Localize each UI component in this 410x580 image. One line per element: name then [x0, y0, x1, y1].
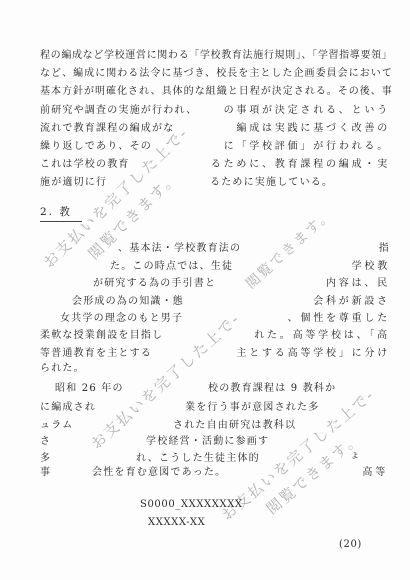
para2-line5-left: 女共学の理念のもと男子 [60, 313, 183, 325]
para1-line5-right: 編成は実践に基づく改善の [236, 123, 390, 135]
para3-line2-left: に編成され [40, 402, 96, 414]
para3-line6-mid: 会性を育む意図であった。 [92, 467, 226, 479]
para3-line5-fragment: ょ [350, 450, 361, 462]
para2-line2-left: た。この時点では、生徒 [110, 261, 233, 273]
watermark-line1: お支払いを完了した上で- [29, 113, 205, 284]
para2-line3-right: 内容は、民 [326, 278, 390, 290]
para3-line2-right: 業を行う事が意図された多 [185, 402, 319, 414]
document-page: お支払いを完了した上で- 閲覧できます。 閲覧できます。 お支払いを完了した上で… [0, 0, 410, 580]
para3-line6-left: 事 [40, 467, 51, 479]
para1-line4-right: の事項が決定される、という [224, 105, 390, 117]
para3-line5-left: 多 [40, 453, 51, 465]
para1-line6-right: に「学校評価」が行われる。 [224, 141, 390, 153]
para2-line7-right: 主とする高等学校」に分け [236, 348, 390, 360]
para3-line4-left: さ [40, 436, 51, 448]
para3-line5-mid: れ、こうした生徒主体的 [136, 453, 260, 465]
para1-line5-left: 流れで教育課程の編成がな [40, 123, 174, 135]
section-heading: 2. 教 [40, 204, 82, 222]
para2-line3-left: が研究する為の手引書と [93, 278, 216, 290]
para1-line4-left: 前研究や調査の実施が行われ、 [40, 105, 197, 117]
para2-line1-right: 指 [379, 243, 390, 255]
para1-line1: 程の編成など学校運営に関わる「学校教育法施行規則」、「学習指導要領」 [40, 50, 392, 62]
para2-line8-left: られた。 [40, 363, 85, 375]
para1-line6-left: 繰り返しであり、その [40, 141, 152, 153]
page-number: (20) [339, 539, 362, 550]
para3-line1-left: 昭和 26 年の [55, 383, 124, 395]
para1-line8-right: るために実施している。 [210, 177, 333, 189]
para2-line2-right: 学校教 [352, 261, 390, 273]
para2-line4-left: 会形成の為の知識・態 [72, 296, 184, 308]
para2-line7-left: 等普通教育を主とする [40, 348, 152, 360]
para3-line3-left: ュラム [40, 420, 74, 432]
para2-line6-right: れた。高等学校は、「高 [254, 330, 390, 342]
para3-line6-right: 高等 [362, 467, 388, 479]
para1-line7-left: これは学校の教育 [40, 159, 130, 171]
para3-line4-right: 学校経営・活動に参画す [146, 436, 269, 448]
para1-line7-right: るために、教育課程の編成・実 [211, 159, 390, 171]
para1-line3: 基本方針が明確化され、具体的な組織と日程が決定される。その後、事 [40, 86, 392, 98]
para2-line4-right: 会科が新設さ [313, 296, 390, 308]
para2-line6-left: 柔軟な授業創設を目指し [40, 330, 163, 342]
para1-line2: など、編成に関わる法令に基づき、校長を主とした企画委員会において [40, 68, 392, 80]
para3-line3-right: された自由研究は教科以 [173, 420, 296, 432]
document-code-1: S0000_XXXXXXXX [140, 499, 243, 510]
para1-line8-left: 施が適切に行 [40, 177, 107, 189]
para2-line5-right: 、個性を尊重した [288, 313, 390, 325]
document-code-2: XXXXX-XX [148, 517, 205, 528]
para3-line1-right: 校の教育課程は 9 教科か [208, 383, 336, 395]
para2-line1-left: 、基本法・学校教育法の [118, 243, 241, 255]
